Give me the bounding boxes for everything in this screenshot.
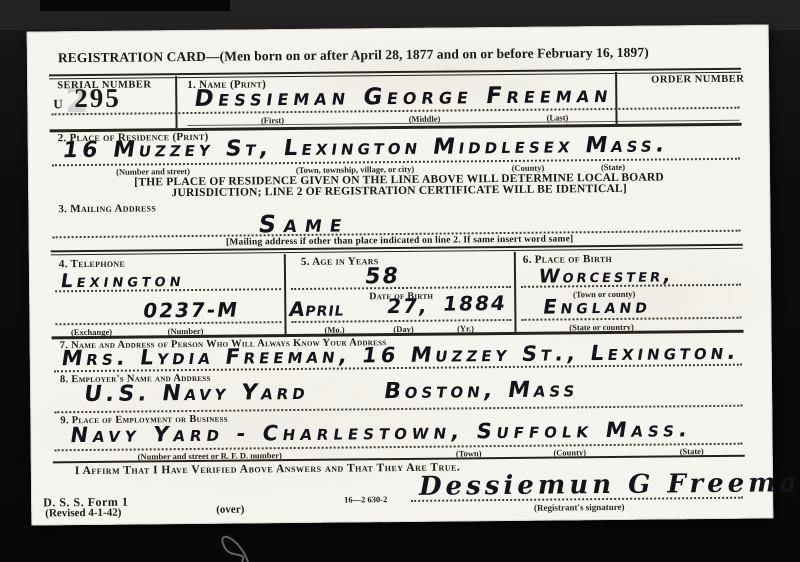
handwritten-birth-year: 1884 xyxy=(441,291,508,316)
print-code: 16—2 630-2 xyxy=(344,494,387,504)
order-number-label: ORDER NUMBER xyxy=(651,74,744,86)
residence-county-sublabel: (County) xyxy=(512,163,545,173)
card-title: REGISTRATION CARD—(Men born on or after … xyxy=(58,45,649,67)
scan-edge-artifact xyxy=(40,0,230,11)
over-label: (over) xyxy=(216,504,244,516)
handwritten-employment-place: Navy Yard - Charlestown, Suffolk Mass. xyxy=(69,417,694,447)
residence-state-sublabel: (State) xyxy=(601,162,625,172)
handwritten-name: Dessieman George Freeman xyxy=(192,82,614,112)
row4-divider-right xyxy=(514,252,517,332)
handwritten-employer-name: U.S. Navy Yard xyxy=(82,380,310,407)
affirmation-statement: I Affirm That I Have Verified Above Answ… xyxy=(75,461,461,477)
handwritten-birth-day: 27, xyxy=(385,294,430,318)
handwritten-birth-month: April xyxy=(287,297,346,322)
scanned-page-background: REGISTRATION CARD—(Men born on or after … xyxy=(0,0,800,562)
row4-divider-left xyxy=(284,254,287,334)
birthplace-label: 6. Place of Birth xyxy=(523,253,612,266)
handwritten-telephone-number: 0237-M xyxy=(141,298,240,323)
serial-number-value: 295 xyxy=(74,83,121,114)
row1-divider-right xyxy=(615,72,617,124)
handwritten-age: 58 xyxy=(363,264,401,289)
telephone-dotted-2 xyxy=(55,321,281,325)
scan-scratch-artifact xyxy=(200,520,270,562)
mailing-address-label: 3. Mailing Address xyxy=(58,202,156,215)
telephone-label: 4. Telephone xyxy=(59,258,125,271)
signature-sublabel: (Registrant's signature) xyxy=(534,502,625,513)
handwritten-birth-country: England xyxy=(541,294,653,319)
handwritten-employer-place: Boston, Mass xyxy=(382,377,580,404)
form-revision: (Revised 4-1-42) xyxy=(45,507,121,520)
row1-divider-left xyxy=(175,76,177,128)
registration-card: REGISTRATION CARD—(Men born on or after … xyxy=(27,24,774,525)
serial-prefix: U xyxy=(53,96,63,112)
